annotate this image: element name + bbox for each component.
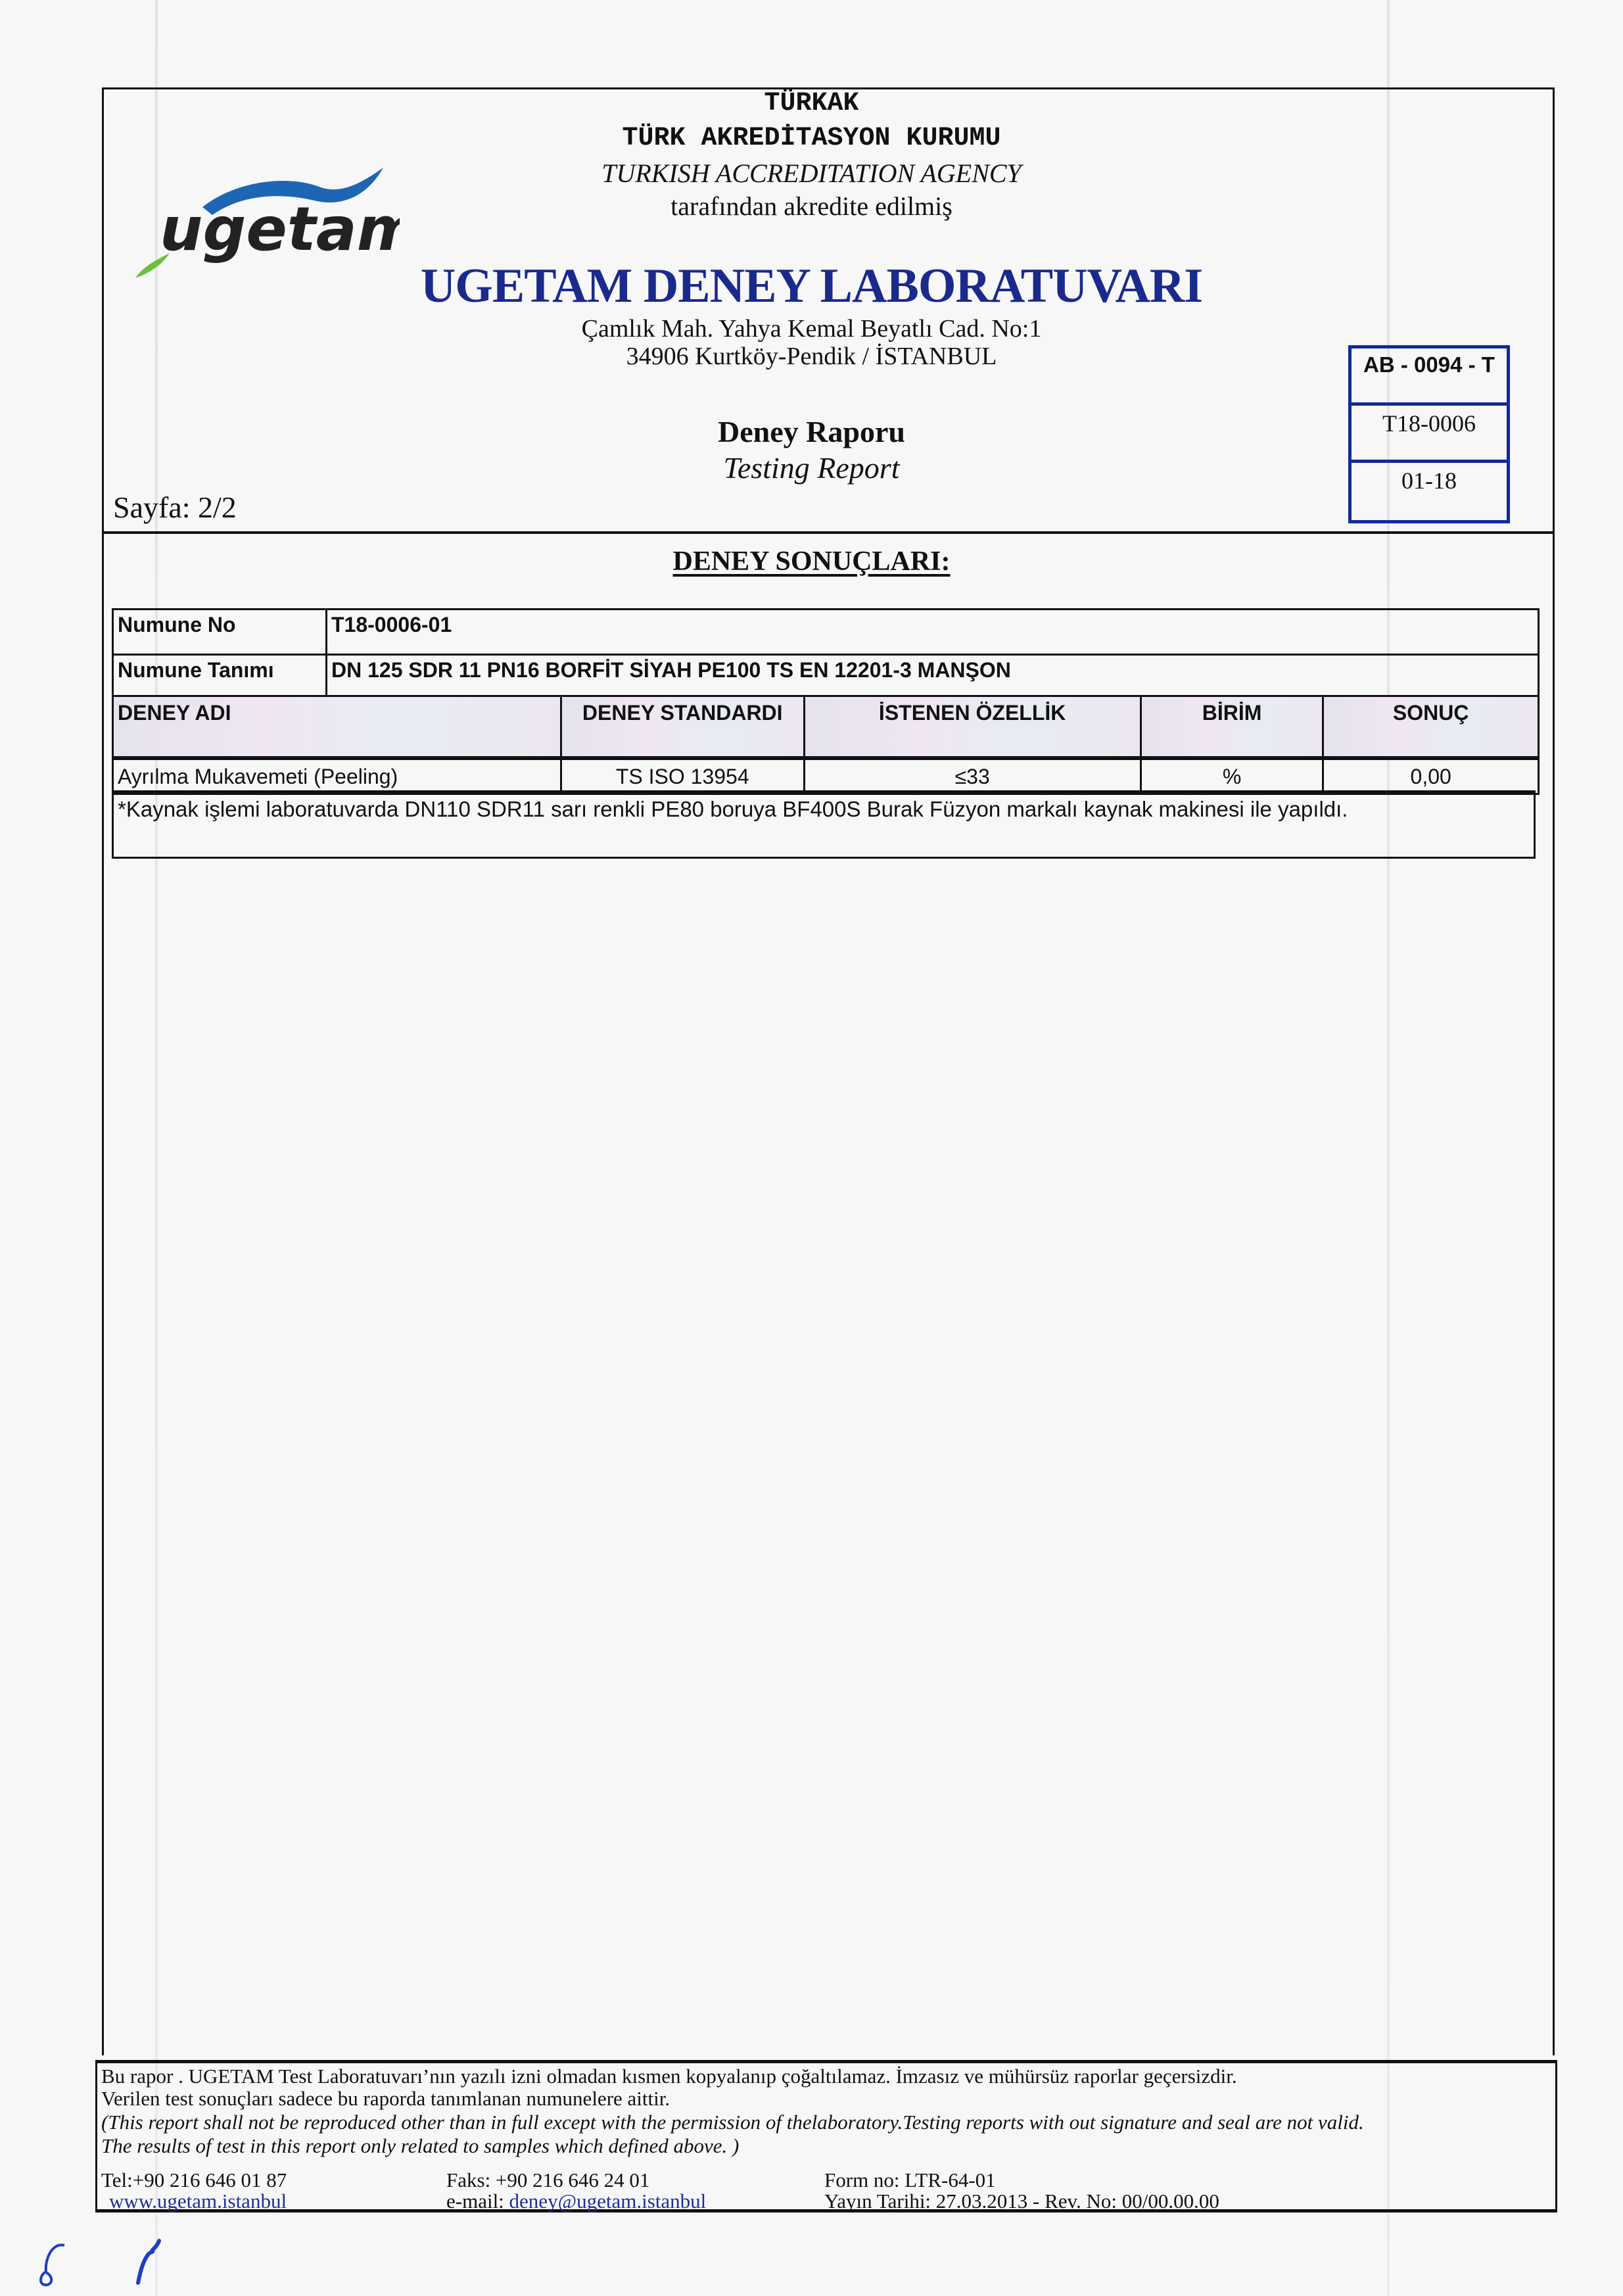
results-table: DENEY ADI DENEY STANDARDI İSTENEN ÖZELLİ…: [112, 695, 1540, 795]
org-full: TÜRK AKREDİTASYON KURUMU: [0, 124, 1623, 153]
cell-result: 0,00: [1323, 758, 1539, 794]
table-row: Ayrılma Mukavemeti (Peeling) TS ISO 1395…: [113, 758, 1539, 794]
report-number: T18-0006: [1352, 406, 1507, 463]
cell-unit: %: [1141, 758, 1323, 794]
publish-info: Yayın Tarihi: 27.03.2013 - Rev. No: 00/0…: [824, 2189, 1219, 2213]
disclaimer-tr-1: Bu rapor . UGETAM Test Laboratuvarı’nın …: [101, 2065, 1237, 2088]
page-frame: [102, 87, 1555, 2055]
section-title: DENEY SONUÇLARI:: [0, 546, 1623, 577]
contact-row-2: www.ugetam.istanbul e-mail: deney@ugetam…: [101, 2189, 287, 2213]
cell-standard: TS ISO 13954: [561, 758, 804, 794]
handwritten-initial-icon: [131, 2236, 164, 2288]
accredited-by: tarafından akredite edilmiş: [0, 191, 1623, 222]
sample-desc-value: DN 125 SDR 11 PN16 BORFİT SİYAH PE100 TS…: [327, 655, 1539, 700]
date-code: 01-18: [1352, 463, 1507, 520]
welding-note: *Kaynak işlemi laboratuvarda DN110 SDR11…: [112, 790, 1536, 859]
accreditation-code: AB - 0094 - T: [1352, 348, 1507, 406]
tel: Tel:+90 216 646 01 87: [101, 2168, 287, 2191]
header-divider: [102, 531, 1553, 534]
email-block: e-mail: deney@ugetam.istanbul: [446, 2189, 706, 2213]
cell-requirement: ≤33: [804, 758, 1141, 794]
col-result: SONUÇ: [1323, 696, 1539, 759]
org-short: TÜRKAK: [0, 89, 1623, 118]
table-row: Numune Tanımı DN 125 SDR 11 PN16 BORFİT …: [113, 655, 1539, 700]
cell-test-name: Ayrılma Mukavemeti (Peeling): [113, 758, 561, 794]
website-link[interactable]: www.ugetam.istanbul: [101, 2189, 287, 2212]
page-number: Sayfa: 2/2: [113, 490, 237, 525]
sample-no-label: Numune No: [113, 610, 327, 655]
contact-row-1: Tel:+90 216 646 01 87 Faks: +90 216 646 …: [101, 2168, 287, 2192]
email-label: e-mail:: [446, 2189, 504, 2212]
fax: Faks: +90 216 646 24 01: [446, 2168, 649, 2192]
col-unit: BİRİM: [1141, 696, 1323, 759]
disclaimer-en-2: The results of test in this report only …: [101, 2134, 739, 2158]
email-link[interactable]: deney@ugetam.istanbul: [509, 2189, 707, 2212]
sample-no-value: T18-0006-01: [327, 610, 1539, 655]
form-no: Form no: LTR-64-01: [824, 2168, 996, 2192]
handwritten-mark-icon: [33, 2239, 72, 2291]
sample-info-table: Numune No T18-0006-01 Numune Tanımı DN 1…: [112, 608, 1540, 701]
table-header-row: DENEY ADI DENEY STANDARDI İSTENEN ÖZELLİ…: [113, 696, 1539, 759]
disclaimer-tr-2: Verilen test sonuçları sadece bu raporda…: [101, 2087, 670, 2111]
sample-desc-label: Numune Tanımı: [113, 655, 327, 700]
col-test-name: DENEY ADI: [113, 696, 561, 759]
disclaimer-en-1: (This report shall not be reproduced oth…: [101, 2111, 1364, 2134]
col-standard: DENEY STANDARDI: [561, 696, 804, 759]
address-line-1: Çamlık Mah. Yahya Kemal Beyatlı Cad. No:…: [0, 314, 1623, 343]
footer: Bu rapor . UGETAM Test Laboratuvarı’nın …: [95, 2060, 1557, 2212]
table-row: Numune No T18-0006-01: [113, 610, 1539, 655]
accreditation-box: AB - 0094 - T T18-0006 01-18: [1348, 345, 1510, 523]
org-english: TURKISH ACCREDITATION AGENCY: [0, 158, 1623, 189]
col-requirement: İSTENEN ÖZELLİK: [804, 696, 1141, 759]
lab-name: UGETAM DENEY LABORATUVARI: [0, 258, 1623, 314]
